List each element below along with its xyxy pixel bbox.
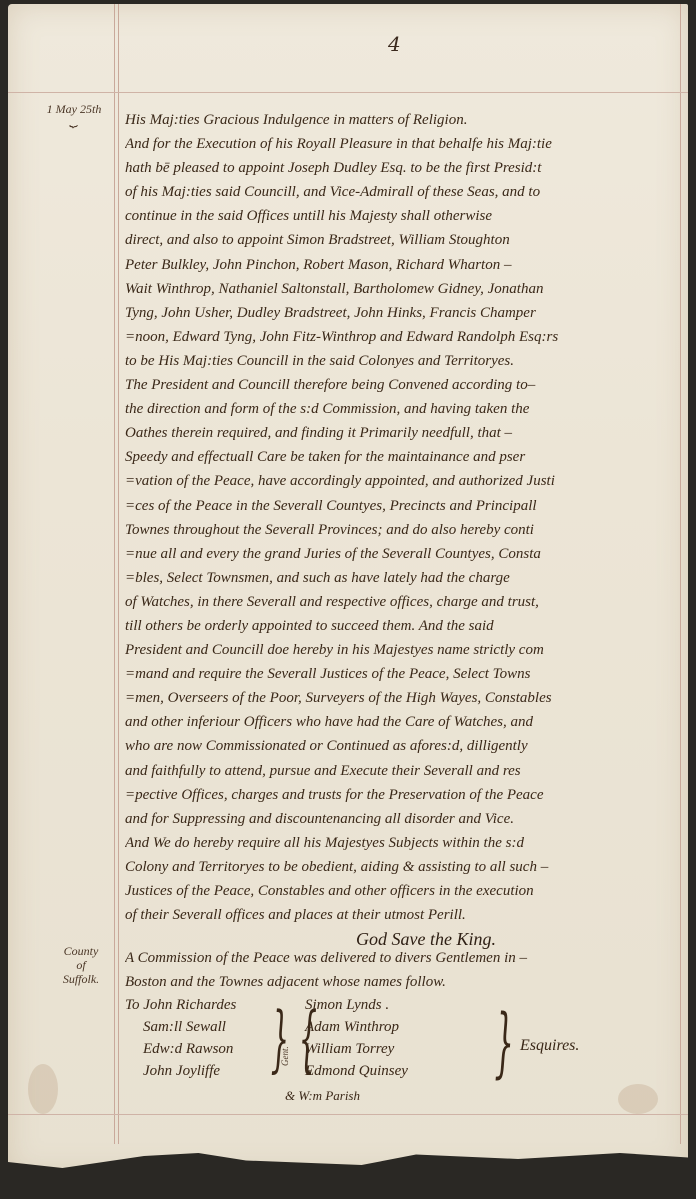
- torn-page-edge: [8, 1144, 688, 1174]
- text-line: Oathes therein required, and finding it …: [125, 421, 687, 445]
- county-of: of: [46, 958, 116, 972]
- commission-text: A Commission of the Peace was delivered …: [125, 946, 687, 1114]
- text-line: And We do hereby require all his Majesty…: [125, 831, 687, 855]
- name-entry: Sam:ll Sewall: [125, 1016, 236, 1038]
- text-line: Wait Winthrop, Nathaniel Saltonstall, Ba…: [125, 277, 687, 301]
- text-line: =bles, Select Townsmen, and such as have…: [125, 566, 687, 590]
- margin-county-note: County of Suffolk.: [46, 944, 116, 986]
- text-line: =mand and require the Severall Justices …: [125, 662, 687, 686]
- name-entry: Simon Lynds .: [305, 994, 408, 1016]
- text-line: of Watches, in there Severall and respec…: [125, 590, 687, 614]
- margin-date-note: 1 May 25th ⏟: [34, 102, 114, 126]
- text-line: the direction and form of the s:d Commis…: [125, 397, 687, 421]
- right-brace-icon: }: [271, 998, 289, 1078]
- name-entry: Adam Winthrop: [305, 1016, 408, 1038]
- text-line: =nue all and every the grand Juries of t…: [125, 542, 687, 566]
- header-rule: [8, 92, 688, 93]
- text-line: Speedy and effectuall Care be taken for …: [125, 445, 687, 469]
- text-line: of his Maj:ties said Councill, and Vice-…: [125, 180, 687, 204]
- name-entry: Edmond Quinsey: [305, 1060, 408, 1082]
- name-entry: Edw:d Rawson: [125, 1038, 236, 1060]
- ampersand-name: & W:m Parish: [285, 1084, 360, 1108]
- text-line: Peter Bulkley, John Pinchon, Robert Maso…: [125, 253, 687, 277]
- text-line: =vation of the Peace, have accordingly a…: [125, 469, 687, 493]
- text-line: hath bē pleased to appoint Joseph Dudley…: [125, 156, 687, 180]
- name-entry: John Joyliffe: [125, 1060, 236, 1082]
- proclamation-text: His Maj:ties Gracious Indulgence in matt…: [125, 108, 687, 951]
- margin-rule-left-inner: [118, 4, 119, 1144]
- manuscript-page: 4 1 May 25th ⏟ County of Suffolk. His Ma…: [8, 4, 688, 1174]
- paper-stain: [28, 1064, 58, 1114]
- text-line: and faithfully to attend, pursue and Exe…: [125, 759, 687, 783]
- text-line: Townes throughout the Severall Provinces…: [125, 518, 687, 542]
- name-entry: William Torrey: [305, 1038, 408, 1060]
- text-line: direct, and also to appoint Simon Bradst…: [125, 228, 687, 252]
- text-line: of their Severall offices and places at …: [125, 903, 687, 927]
- folio-number: 4: [388, 32, 401, 56]
- text-line: who are now Commissionated or Continued …: [125, 734, 687, 758]
- names-left-column: To John Richardes Sam:ll Sewall Edw:d Ra…: [125, 994, 236, 1082]
- text-line: =pective Offices, charges and trusts for…: [125, 783, 687, 807]
- esquires-label: Esquires.: [520, 1034, 579, 1058]
- vertical-annotation: Gent.: [273, 1046, 297, 1066]
- text-line: Colony and Territoryes to be obedient, a…: [125, 855, 687, 879]
- text-line: =ces of the Peace in the Severall County…: [125, 494, 687, 518]
- text-line: to be His Maj:ties Councill in the said …: [125, 349, 687, 373]
- brace-decoration: ⏟: [34, 116, 114, 126]
- commissioner-names: To John Richardes Sam:ll Sewall Edw:d Ra…: [125, 994, 687, 1114]
- text-line: Justices of the Peace, Constables and ot…: [125, 879, 687, 903]
- text-line: =noon, Edward Tyng, John Fitz-Winthrop a…: [125, 325, 687, 349]
- county-name: Suffolk.: [46, 972, 116, 986]
- text-line: President and Councill doe hereby in his…: [125, 638, 687, 662]
- text-line: and for Suppressing and discountenancing…: [125, 807, 687, 831]
- text-line: And for the Execution of his Royall Plea…: [125, 132, 687, 156]
- text-line: A Commission of the Peace was delivered …: [125, 946, 687, 970]
- closing-brace-icon: }: [495, 1002, 514, 1082]
- text-line: continue in the said Offices untill his …: [125, 204, 687, 228]
- text-line: Tyng, John Usher, Dudley Bradstreet, Joh…: [125, 301, 687, 325]
- text-line: The President and Councill therefore bei…: [125, 373, 687, 397]
- text-line: till others be orderly appointed to succ…: [125, 614, 687, 638]
- text-line: and other inferiour Officers who have ha…: [125, 710, 687, 734]
- county-label: County: [46, 944, 116, 958]
- text-line: Boston and the Townes adjacent whose nam…: [125, 970, 687, 994]
- name-entry: To John Richardes: [125, 994, 236, 1016]
- names-right-column: Simon Lynds . Adam Winthrop William Torr…: [305, 994, 408, 1082]
- text-line: =men, Overseers of the Poor, Surveyers o…: [125, 686, 687, 710]
- text-line: His Maj:ties Gracious Indulgence in matt…: [125, 108, 687, 132]
